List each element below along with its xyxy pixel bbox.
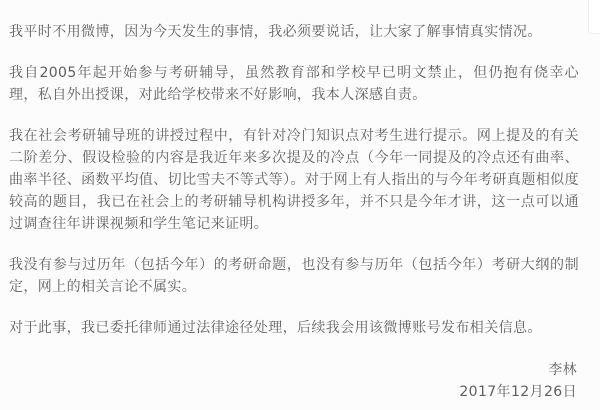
top-right-card-edge xyxy=(588,0,600,34)
statement-page: 我平时不用微博，因为今天发生的事情，我必须要说话，让大家了解事情真实情况。 我自… xyxy=(0,0,600,410)
signature-block: 李林 2017年12月26日 xyxy=(9,359,579,403)
statement-paragraph-apology: 我自2005年起开始参与考研辅导，虽然教育部和学校早已明文禁止，但仍抱有侥幸心理… xyxy=(9,62,579,106)
signature-name: 李林 xyxy=(9,359,577,381)
statement-paragraph-denial: 我没有参与过历年（包括今年）的考研命题，也没有参与历年（包括今年）考研大纲的制定… xyxy=(9,254,579,298)
statement-paragraph-legal: 对于此事，我已委托律师通过法律途径处理，后续我会用该微博账号发布相关信息。 xyxy=(9,317,579,339)
statement-paragraph-explanation: 我在社会考研辅导班的讲授过程中，有针对冷门知识点对考生进行提示。网上提及的有关二… xyxy=(9,125,579,235)
signature-date: 2017年12月26日 xyxy=(9,381,577,403)
statement-paragraph-intro: 我平时不用微博，因为今天发生的事情，我必须要说话，让大家了解事情真实情况。 xyxy=(9,21,579,43)
